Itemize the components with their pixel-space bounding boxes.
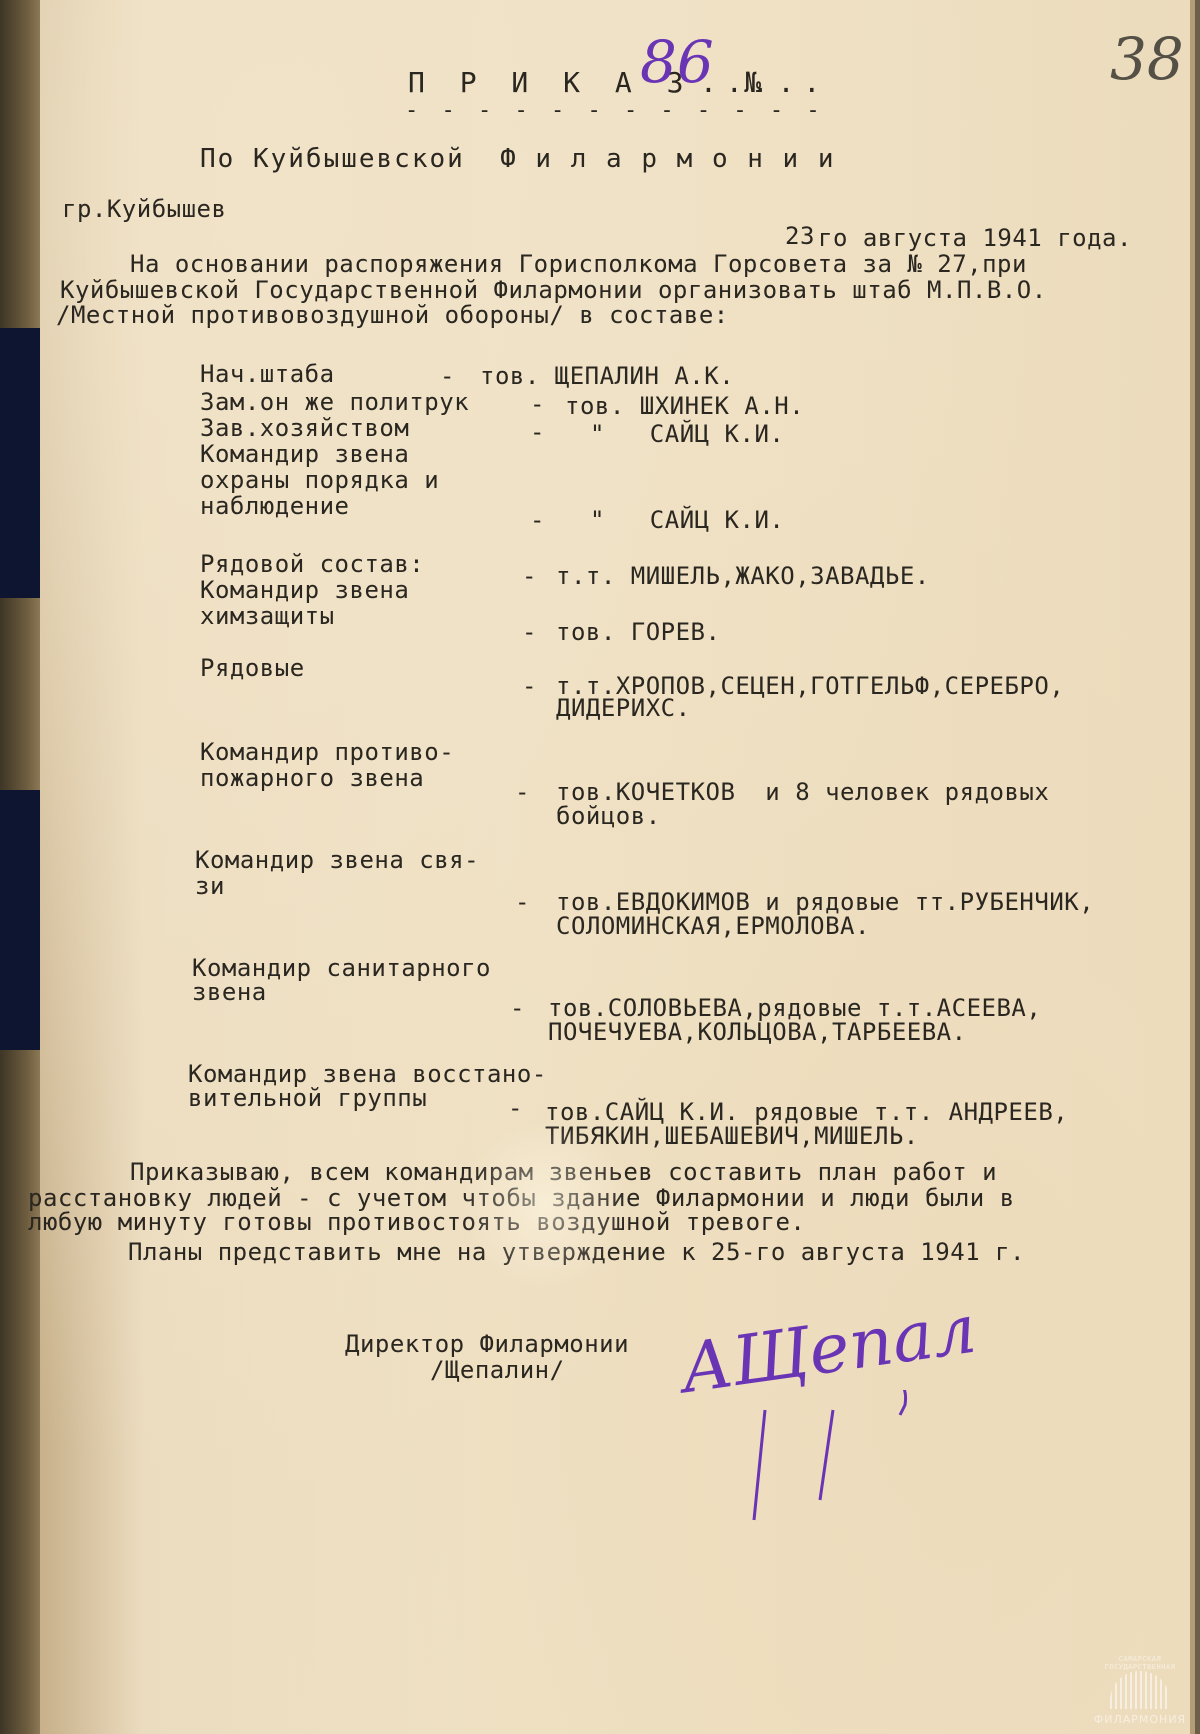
- staff-name: ДИДЕРИХС.: [556, 694, 691, 722]
- staff-name: тов. ШХИНЕК А.Н.: [565, 392, 804, 420]
- binding-tab: [0, 790, 40, 1050]
- staff-name: " САЙЦ К.И.: [590, 420, 784, 448]
- staff-role: звена: [192, 978, 267, 1006]
- staff-name: СОЛОМИНСКАЯ,ЕРМОЛОВА.: [556, 912, 870, 940]
- staff-dash: -: [522, 618, 537, 646]
- staff-role: Командир звена: [200, 440, 409, 468]
- staff-role: Зав.хозяйством: [200, 414, 409, 442]
- staff-name: ПОЧЕЧУЕВА,КОЛЬЦОВА,ТАРБЕЕВА.: [548, 1018, 967, 1046]
- staff-role: Командир звена: [200, 576, 409, 604]
- date: го августа 1941 года.: [818, 224, 1132, 252]
- staff-role: Командир противо-: [200, 738, 454, 766]
- preamble-line: Куйбышевской Государственной Филармонии …: [60, 276, 1047, 304]
- staff-name: т.т. МИШЕЛЬ,ЖАКО,ЗАВАДЬЕ.: [556, 562, 930, 590]
- staff-role: Нач.штаба: [200, 360, 335, 388]
- staff-role: Рядовые: [200, 654, 305, 682]
- staff-dash: -: [530, 390, 545, 418]
- staff-dash: -: [508, 1094, 523, 1122]
- preamble-line: /Местной противовоздушной обороны/ в сос…: [56, 301, 729, 329]
- staff-role: вительной группы: [188, 1084, 427, 1112]
- philharmonic-watermark-logo: САМАРСКАЯ ГОСУДАРСТВЕННАЯ ФИЛАРМОНИЯ: [1085, 1655, 1195, 1730]
- staff-name: бойцов.: [556, 802, 661, 830]
- date-day: 23: [785, 222, 815, 250]
- binding-tab: [0, 328, 40, 598]
- city: гр.Куйбышев: [62, 195, 226, 223]
- staff-dash: -: [510, 994, 525, 1022]
- organization-line: По Куйбышевской Ф и л а р м о н и и: [200, 144, 836, 174]
- staff-role: химзащиты: [200, 602, 335, 630]
- staff-role: Рядовой состав:: [200, 550, 424, 578]
- staff-dash: -: [530, 506, 545, 534]
- staff-dash: -: [530, 418, 545, 446]
- organ-pipes-icon: [1110, 1671, 1170, 1709]
- staff-dash: -: [440, 362, 455, 390]
- staff-role: Командир звена свя-: [195, 846, 479, 874]
- staff-role: зи: [195, 872, 225, 900]
- staff-dash: -: [522, 672, 537, 700]
- staff-name: " САЙЦ К.И.: [590, 506, 784, 534]
- page-edge: [1190, 0, 1195, 1734]
- staff-dash: -: [515, 888, 530, 916]
- order-text-line: любую минуту готовы противостоять воздуш…: [28, 1208, 805, 1236]
- staff-role: Зам.он же политрук: [200, 388, 469, 416]
- staff-dash: -: [522, 562, 537, 590]
- staff-role: пожарного звена: [200, 764, 424, 792]
- page-number-handwritten: 38: [1110, 25, 1184, 93]
- signature-name: /Щепалин/: [430, 1356, 565, 1384]
- title-underline: - - - - - - - - - - - -: [405, 98, 825, 123]
- signature-strokes: [740, 1390, 940, 1530]
- signature-title: Директор Филармонии: [345, 1330, 629, 1358]
- staff-role: наблюдение: [200, 492, 350, 520]
- watermark-arc-text: САМАРСКАЯ ГОСУДАРСТВЕННАЯ: [1085, 1655, 1195, 1671]
- staff-name: тов. ГОРЕВ.: [556, 618, 720, 646]
- staff-name: тов. ЩЕПАЛИН А.К.: [480, 362, 734, 390]
- paper-crease-stain: [460, 1120, 630, 1290]
- watermark-word: ФИЛАРМОНИЯ: [1085, 1713, 1195, 1726]
- staff-dash: -: [515, 778, 530, 806]
- preamble-line: На основании распоряжения Горисполкома Г…: [130, 250, 1027, 278]
- staff-role: охраны порядка и: [200, 466, 439, 494]
- order-number-dots: .....: [700, 66, 829, 99]
